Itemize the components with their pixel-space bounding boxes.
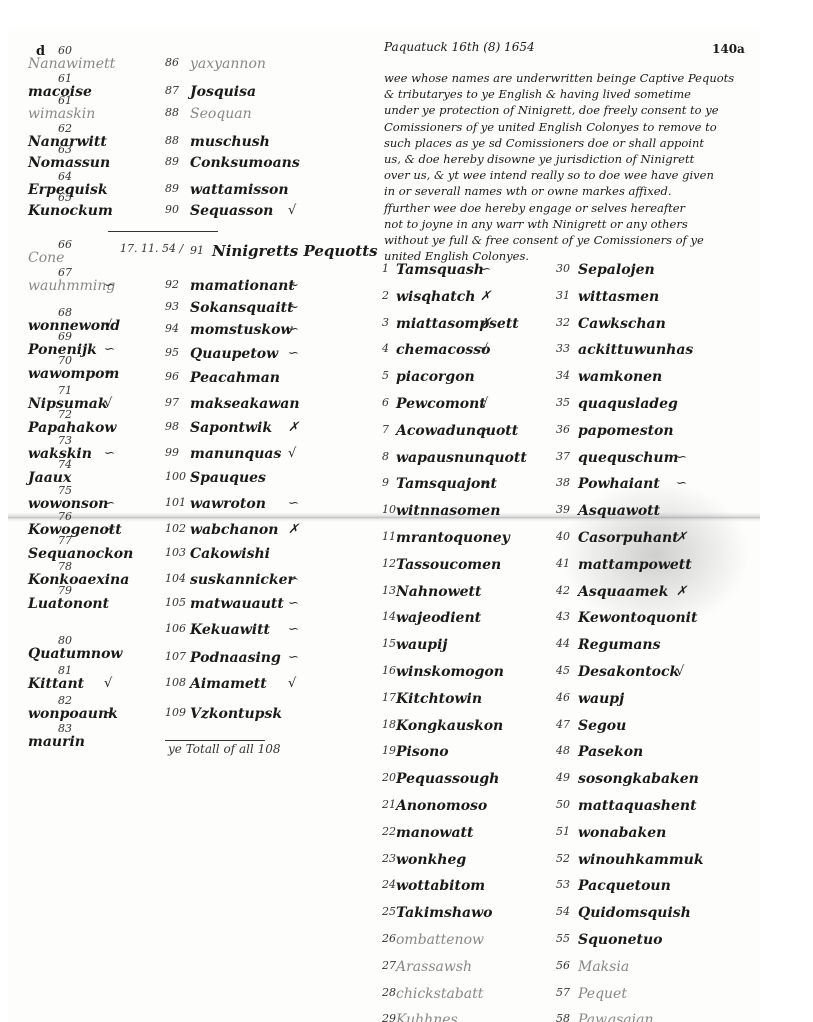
- signature-mark-icon: ✗: [288, 522, 299, 537]
- entry-name: Cawkschan: [578, 316, 666, 332]
- entry-name: wamkonen: [578, 369, 662, 385]
- entry-name: muschush: [190, 134, 270, 150]
- entry-number: 42: [556, 584, 570, 597]
- section-title: Ninigretts Pequotts: [212, 242, 378, 260]
- entry-number: 12: [382, 557, 396, 570]
- entry-name: mattampowett: [578, 557, 692, 573]
- signature-mark-icon: ∽: [104, 278, 115, 293]
- entry-name: Peacahman: [190, 370, 280, 386]
- entry-number: 100: [165, 470, 186, 483]
- section-number: 91: [190, 244, 204, 257]
- signature-mark-icon: ✗: [480, 316, 491, 331]
- preamble-line: in or severall names wth or owne markes …: [384, 183, 764, 199]
- entry-name: Quidomsquish: [578, 905, 691, 921]
- preamble-line: us, & doe hereby disowne ye jurisdiction…: [384, 151, 764, 167]
- signature-mark-icon: ✗: [480, 289, 491, 304]
- entry-name: wottabitom: [396, 878, 485, 894]
- entry-name: wawroton: [190, 496, 266, 512]
- signature-mark-icon: ∽: [104, 342, 115, 357]
- entry-name: yaxyannon: [190, 56, 266, 72]
- signature-mark-icon: ✗: [288, 420, 299, 435]
- entry-number: 95: [165, 346, 179, 359]
- entry-name: Kekuawitt: [190, 622, 270, 638]
- entry-number: 13: [382, 584, 396, 597]
- entry-number: 26: [382, 932, 396, 945]
- entry-name: Pequet: [578, 986, 627, 1002]
- entry-name: wabchanon: [190, 522, 278, 538]
- entry-number: 20: [382, 771, 396, 784]
- entry-name: Papahakow: [28, 420, 116, 436]
- signature-mark-icon: ∽: [104, 446, 115, 461]
- entry-number: 43: [556, 610, 570, 623]
- entry-name: Seoquan: [190, 106, 252, 122]
- preamble-line: not to joyne in any warr wth Ninigrett o…: [384, 216, 764, 232]
- signature-mark-icon: ∽: [288, 650, 299, 665]
- entry-name: quequschum: [578, 450, 678, 466]
- preamble-line: ffurther wee doe hereby engage or selves…: [384, 200, 764, 216]
- entry-name: Quaupetow: [190, 346, 278, 362]
- entry-name: suskannicker: [190, 572, 295, 588]
- entry-number: 87: [165, 84, 179, 97]
- entry-number: 35: [556, 396, 570, 409]
- entry-number: 14: [382, 610, 396, 623]
- entry-name: Anonomoso: [396, 798, 487, 814]
- entry-name: mrantoquoney: [396, 530, 510, 546]
- entry-number: 21: [382, 798, 396, 811]
- entry-name: Pasekon: [578, 744, 643, 760]
- entry-name: Vzkontupsk: [190, 706, 282, 722]
- preamble-line: over us, & yt wee intend really so to do…: [384, 167, 764, 183]
- entry-name: Sapontwik: [190, 420, 272, 436]
- entry-name: Kongkauskon: [396, 718, 503, 734]
- entry-number: 2: [382, 289, 389, 302]
- entry-name: miattasompsett: [396, 316, 519, 332]
- signature-mark-icon: √: [288, 446, 296, 461]
- total-rule: [165, 740, 265, 741]
- entry-name: manunquas: [190, 446, 281, 462]
- entry-number: 33: [556, 342, 570, 355]
- preamble-line: under ye protection of Ninigrett, doe fr…: [384, 102, 764, 118]
- entry-name: Cakowishi: [190, 546, 270, 562]
- entry-number: 10: [382, 503, 396, 516]
- entry-name: Arassawsh: [396, 959, 472, 975]
- signature-mark-icon: ∽: [480, 476, 491, 491]
- entry-name: witnnasomen: [396, 503, 500, 519]
- entry-number: 44: [556, 637, 570, 650]
- entry-name: Tassoucomen: [396, 557, 501, 573]
- entry-number: 90: [165, 203, 179, 216]
- entry-number: 93: [165, 300, 179, 313]
- entry-number: 103: [165, 546, 186, 559]
- divider-rule: [108, 231, 218, 232]
- entry-number: 109: [165, 706, 186, 719]
- entry-number: 6: [382, 396, 389, 409]
- entry-name: Sequasson: [190, 203, 273, 219]
- entry-number: 94: [165, 322, 179, 335]
- entry-number: 11: [382, 530, 396, 543]
- entry-name: wimaskin: [28, 106, 95, 122]
- entry-number: 53: [556, 878, 570, 891]
- entry-name: matwauautt: [190, 596, 284, 612]
- place-date-heading: Paquatuck 16th (8) 1654: [384, 40, 535, 54]
- signature-mark-icon: ∽: [676, 476, 687, 491]
- signature-mark-icon: ∽: [480, 262, 491, 277]
- entry-number: 57: [556, 986, 570, 999]
- entry-name: chickstabatt: [396, 986, 483, 1002]
- section-date-note: 17. 11. 54 /: [120, 242, 183, 255]
- entry-name: chemacosso: [396, 342, 490, 358]
- entry-name: wattamisson: [190, 182, 289, 198]
- signature-mark-icon: √: [676, 664, 684, 679]
- preamble-line: without ye full & free consent of ye Com…: [384, 232, 764, 248]
- signature-mark-icon: ✗: [676, 530, 687, 545]
- entry-name: ackittuwunhas: [578, 342, 693, 358]
- signature-mark-icon: √: [104, 396, 112, 411]
- folio-number: 140a: [712, 42, 745, 56]
- entry-name: Kitchtowin: [396, 691, 482, 707]
- entry-name: Pewcomont: [396, 396, 486, 412]
- entry-name: Josquisa: [190, 84, 256, 100]
- entry-name: Maksia: [578, 959, 629, 975]
- entry-number: 54: [556, 905, 570, 918]
- entry-name: Acowadunquott: [396, 423, 518, 439]
- entry-number: 23: [382, 852, 396, 865]
- entry-number: 104: [165, 572, 186, 585]
- entry-number: 51: [556, 825, 570, 838]
- signature-mark-icon: ~: [288, 278, 299, 293]
- signature-mark-icon: ∽: [288, 346, 299, 361]
- signature-mark-icon: √: [288, 676, 296, 691]
- signature-mark-icon: ∽: [288, 322, 299, 337]
- entry-number: 56: [556, 959, 570, 972]
- entry-name: wonkheg: [396, 852, 466, 868]
- preamble-line: Comissioners of ye united English Colony…: [384, 119, 764, 135]
- entry-name: Pequassough: [396, 771, 499, 787]
- entry-name: wapausnunquott: [396, 450, 527, 466]
- entry-number: 16: [382, 664, 396, 677]
- entry-number: 15: [382, 637, 396, 650]
- entry-name: Quatumnow: [28, 646, 122, 662]
- entry-number: 31: [556, 289, 570, 302]
- signature-mark-icon: √: [288, 203, 296, 218]
- entry-name: Pawqsaian: [578, 1012, 653, 1022]
- entry-number: 105: [165, 596, 186, 609]
- entry-name: quaqusladeg: [578, 396, 678, 412]
- entry-name: Nahnowett: [396, 584, 481, 600]
- entry-name: Takimshawo: [396, 905, 493, 921]
- entry-name: piacorgon: [396, 369, 475, 385]
- entry-number: 98: [165, 420, 179, 433]
- entry-number: 92: [165, 278, 179, 291]
- signature-mark-icon: ✗: [676, 584, 687, 599]
- entry-number: 5: [382, 369, 389, 382]
- entry-number: 36: [556, 423, 570, 436]
- entry-number: 28: [382, 986, 396, 999]
- signature-mark-icon: √: [104, 676, 112, 691]
- entry-number: 41: [556, 557, 570, 570]
- signature-mark-icon: √: [480, 396, 488, 411]
- entry-name: momstuskow: [190, 322, 292, 338]
- entry-name: mamationant: [190, 278, 295, 294]
- entry-number: 38: [556, 476, 570, 489]
- entry-number: 101: [165, 496, 186, 509]
- entry-name: Spauques: [190, 470, 266, 486]
- entry-name: Asquaamek: [578, 584, 668, 600]
- entry-name: maurin: [28, 734, 85, 750]
- entry-name: Cone: [28, 250, 64, 266]
- entry-name: Kittant: [28, 676, 84, 692]
- entry-name: ombattenow: [396, 932, 484, 948]
- signature-mark-icon: ∽: [104, 496, 115, 511]
- entry-name: Pacquetoun: [578, 878, 671, 894]
- entry-number: 32: [556, 316, 570, 329]
- entry-name: Regumans: [578, 637, 660, 653]
- entry-number: 99: [165, 446, 179, 459]
- entry-name: papomeston: [578, 423, 674, 439]
- preamble-line: such places as ye sd Comissioners doe or…: [384, 135, 764, 151]
- entry-name: mattaquashent: [578, 798, 697, 814]
- entry-number: 96: [165, 370, 179, 383]
- signature-mark-icon: ∽: [104, 366, 115, 381]
- entry-number: 25: [382, 905, 396, 918]
- entry-name: makseakawan: [190, 396, 300, 412]
- entry-number: 18: [382, 718, 396, 731]
- signature-mark-icon: ∽: [288, 596, 299, 611]
- entry-name: Tamsquash: [396, 262, 484, 278]
- entry-number: 24: [382, 878, 396, 891]
- column2-total: ye Totall of all 108: [168, 742, 281, 756]
- entry-number: 29: [382, 1012, 396, 1022]
- entry-name: waupij: [396, 637, 447, 653]
- entry-name: Conksumoans: [190, 155, 300, 171]
- entry-name: Kewontoquonit: [578, 610, 697, 626]
- entry-number: 58: [556, 1012, 570, 1022]
- entry-number: 45: [556, 664, 570, 677]
- entry-name: waupj: [578, 691, 624, 707]
- entry-name: Kunockum: [28, 203, 113, 219]
- signature-mark-icon: ∽: [288, 572, 299, 587]
- entry-number: 89: [165, 182, 179, 195]
- entry-number: 40: [556, 530, 570, 543]
- entry-number: 30: [556, 262, 570, 275]
- entry-name: Powhaiant: [578, 476, 660, 492]
- entry-number: 27: [382, 959, 396, 972]
- entry-number: 48: [556, 744, 570, 757]
- entry-name: manowatt: [396, 825, 473, 841]
- entry-number: 88: [165, 106, 179, 119]
- entry-number: 106: [165, 622, 186, 635]
- entry-name: Desakontock: [578, 664, 679, 680]
- entry-name: wonabaken: [578, 825, 666, 841]
- entry-number: 37: [556, 450, 570, 463]
- entry-name: Nanawimett: [28, 56, 115, 72]
- entry-name: Sequanockon: [28, 546, 133, 562]
- entry-name: wisqhatch: [396, 289, 475, 305]
- entry-number: 97: [165, 396, 179, 409]
- entry-name: wittasmen: [578, 289, 659, 305]
- entry-number: 3: [382, 316, 389, 329]
- entry-name: Konkoaexina: [28, 572, 129, 588]
- entry-number: 55: [556, 932, 570, 945]
- signature-mark-icon: ∽: [480, 423, 491, 438]
- entry-number: 1: [382, 262, 389, 275]
- entry-name: Sokansquaitt: [190, 300, 294, 316]
- entry-number: 86: [165, 56, 179, 69]
- entry-number: 46: [556, 691, 570, 704]
- entry-number: 39: [556, 503, 570, 516]
- signature-mark-icon: ∽: [288, 622, 299, 637]
- entry-name: Kuhhnes: [396, 1012, 458, 1022]
- signature-mark-icon: √: [480, 342, 488, 357]
- entry-name: Segou: [578, 718, 626, 734]
- entry-name: Sepalojen: [578, 262, 655, 278]
- entry-name: winskomogon: [396, 664, 504, 680]
- entry-number: 102: [165, 522, 186, 535]
- entry-number: 88: [165, 134, 179, 147]
- entry-number: 52: [556, 852, 570, 865]
- preamble-line: & tributaryes to ye English & having liv…: [384, 86, 764, 102]
- entry-number: 19: [382, 744, 396, 757]
- entry-number: 17: [382, 691, 396, 704]
- entry-number: 4: [382, 342, 389, 355]
- entry-name: wauhmming: [28, 278, 115, 294]
- entry-number: 89: [165, 155, 179, 168]
- entry-name: Aimamett: [190, 676, 267, 692]
- entry-number: 49: [556, 771, 570, 784]
- entry-name: Luatonont: [28, 596, 109, 612]
- entry-name: wajeodient: [396, 610, 481, 626]
- entry-name: Podnaasing: [190, 650, 281, 666]
- signature-mark-icon: ∽: [676, 450, 687, 465]
- entry-name: Nomassun: [28, 155, 110, 171]
- entry-name: Asquawott: [578, 503, 660, 519]
- entry-name: Pisono: [396, 744, 449, 760]
- preamble-line: wee whose names are underwritten beinge …: [384, 70, 764, 86]
- entry-number: 9: [382, 476, 389, 489]
- entry-number: 7: [382, 423, 389, 436]
- entry-name: Casorpuhant: [578, 530, 679, 546]
- entry-number: 50: [556, 798, 570, 811]
- entry-number: 22: [382, 825, 396, 838]
- signature-mark-icon: ~: [288, 300, 299, 315]
- entry-number: 34: [556, 369, 570, 382]
- signature-mark-icon: √: [104, 318, 112, 333]
- entry-number: 107: [165, 650, 186, 663]
- preamble-paragraph: wee whose names are underwritten beinge …: [384, 70, 764, 264]
- entry-name: winouhkammuk: [578, 852, 704, 868]
- entry-number: 47: [556, 718, 570, 731]
- signature-mark-icon: ∽: [288, 496, 299, 511]
- entry-number: 108: [165, 676, 186, 689]
- entry-name: sosongkabaken: [578, 771, 699, 787]
- signature-mark-icon: ∽: [104, 522, 115, 537]
- entry-name: Squonetuo: [578, 932, 663, 948]
- signature-mark-icon: ~: [104, 706, 115, 721]
- entry-number: 8: [382, 450, 389, 463]
